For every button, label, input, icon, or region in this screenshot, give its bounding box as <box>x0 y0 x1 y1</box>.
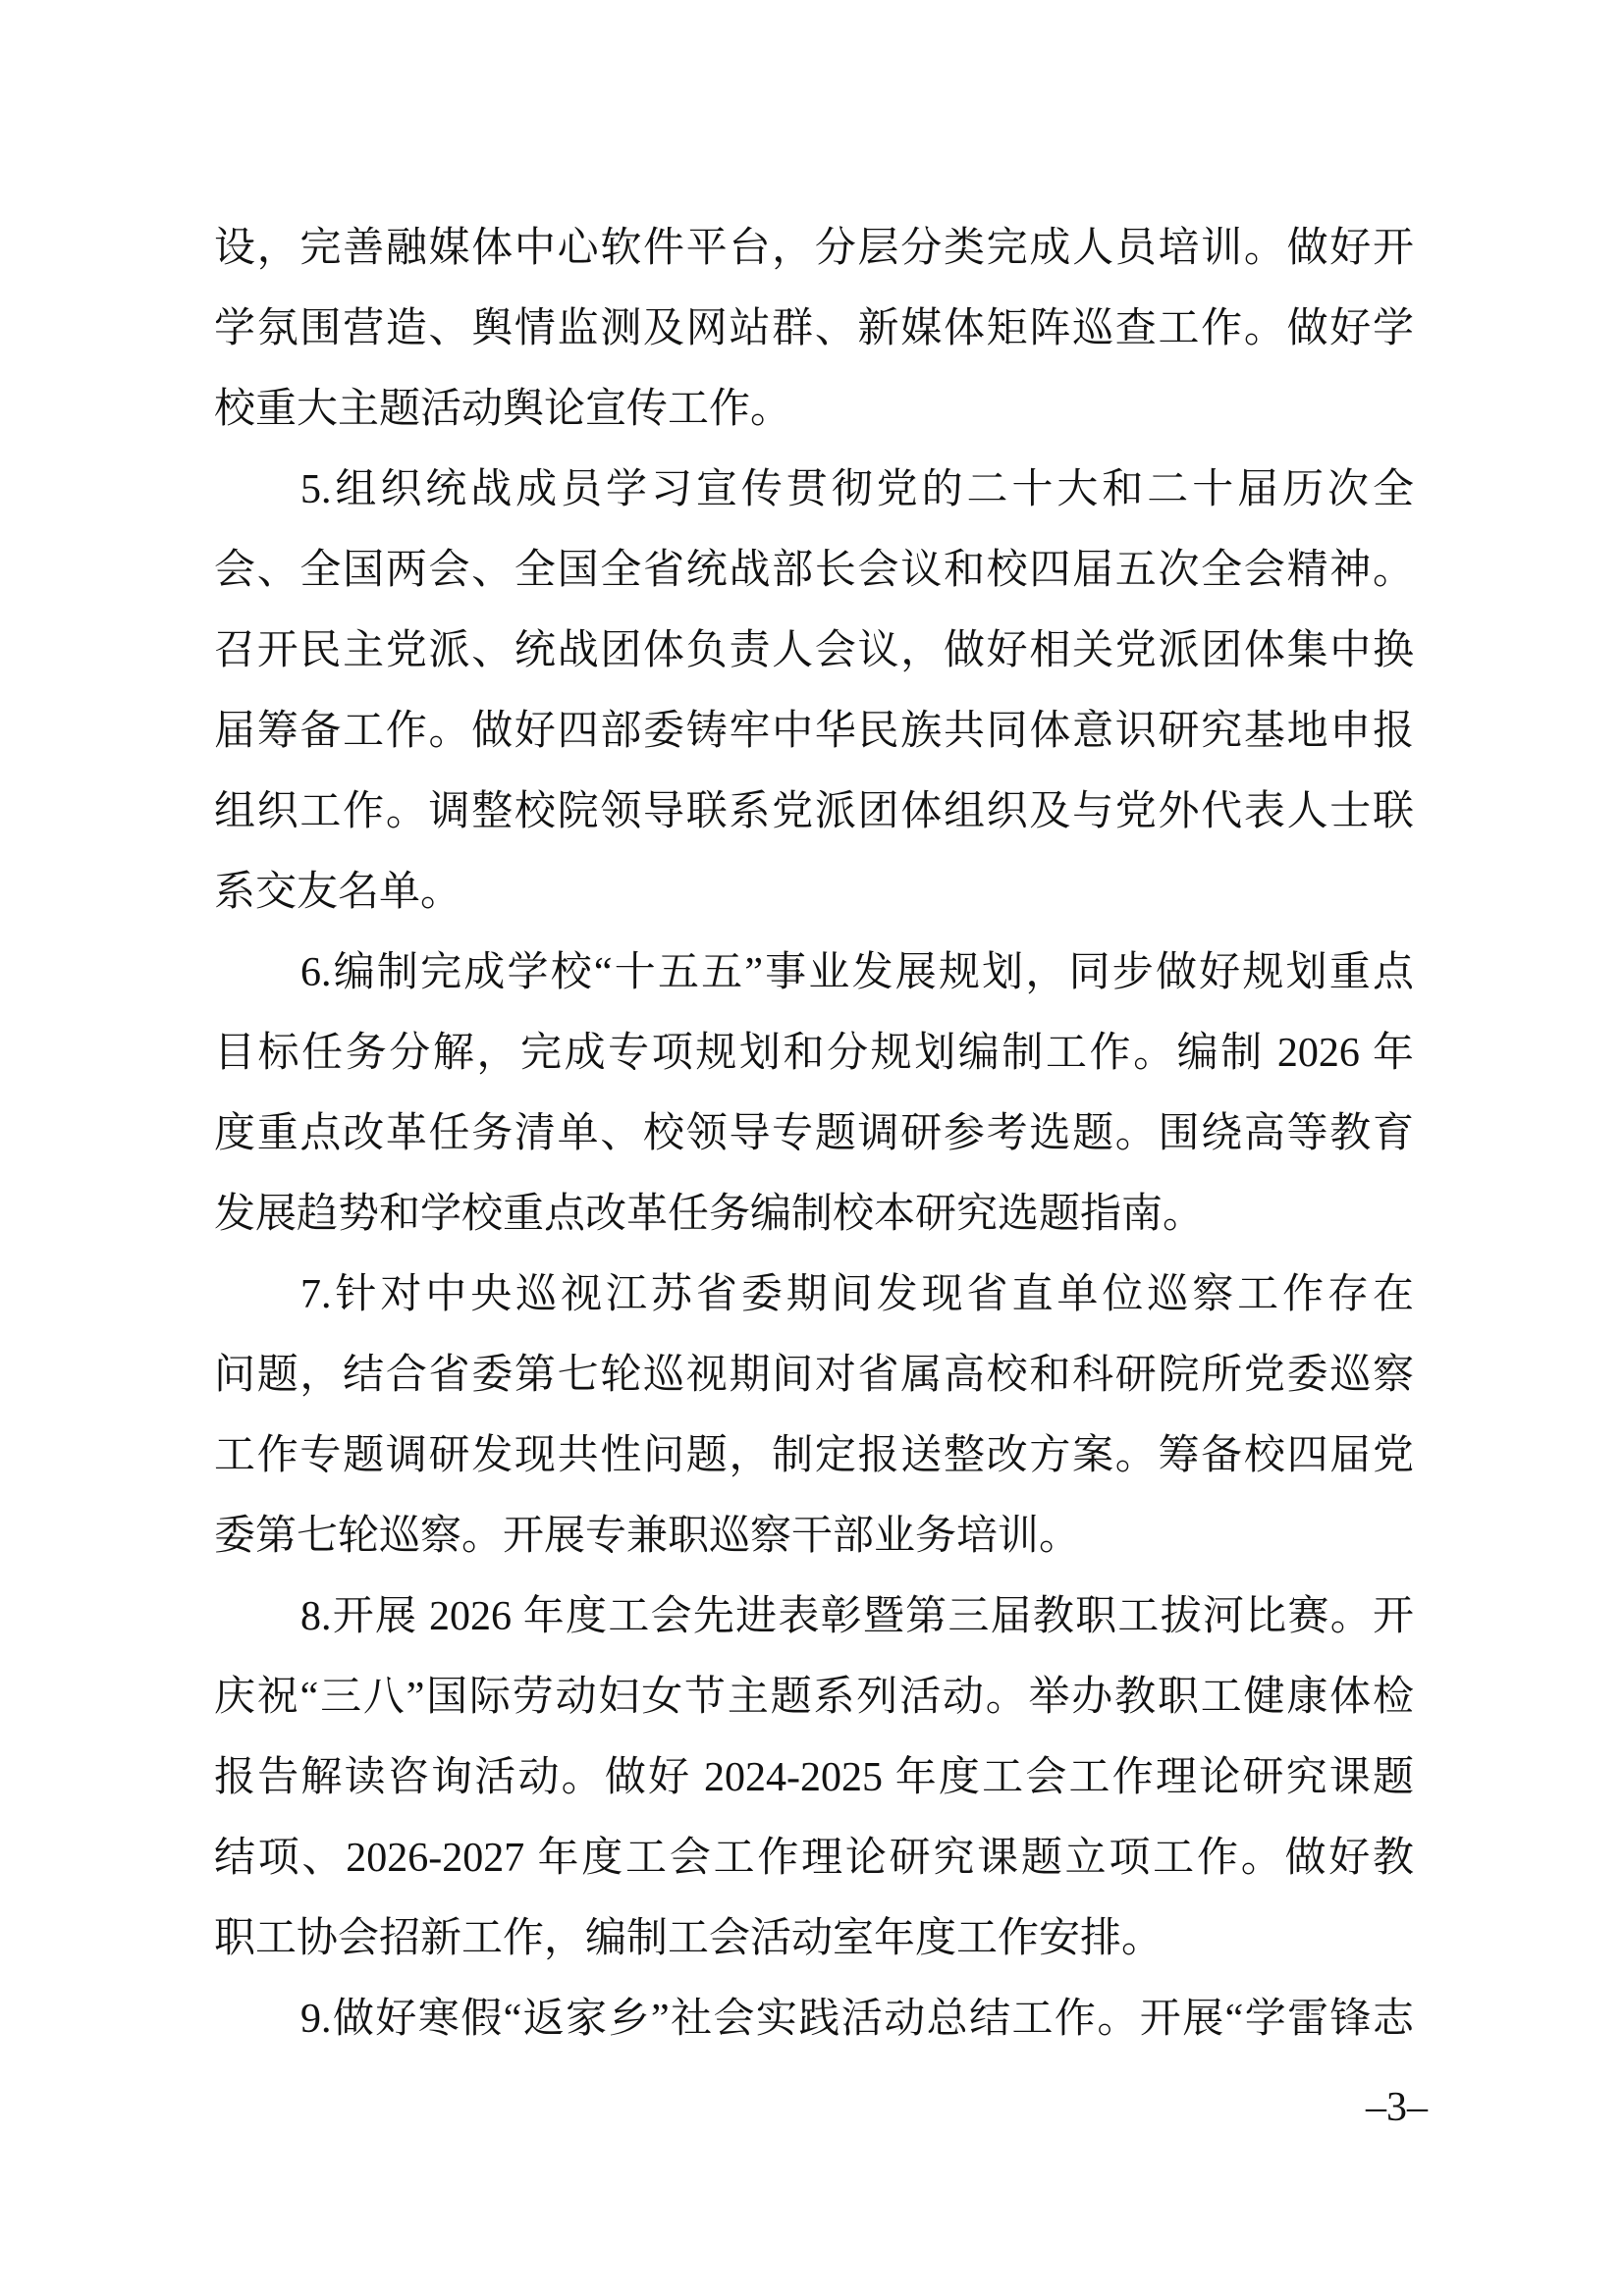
text-line: 6.编制完成学校“十五五”事业发展规划，同步做好规划重点 <box>214 933 1414 1013</box>
text-line: 召开民主党派、统战团体负责人会议，做好相关党派团体集中换 <box>214 611 1414 691</box>
text-line: 庆祝“三八”国际劳动妇女节主题系列活动。举办教职工健康体检 <box>214 1657 1414 1737</box>
text-line: 学氛围营造、舆情监测及网站群、新媒体矩阵巡查工作。做好学 <box>214 289 1414 369</box>
text-line: 工作专题调研发现共性问题，制定报送整改方案。筹备校四届党 <box>214 1415 1414 1496</box>
document-body: 设，完善融媒体中心软件平台，分层分类完成人员培训。做好开 学氛围营造、舆情监测及… <box>214 208 1414 2059</box>
text-line: 系交友名单。 <box>214 852 1414 933</box>
text-line: 委第七轮巡察。开展专兼职巡察干部业务培训。 <box>214 1496 1414 1576</box>
text-line: 9.做好寒假“返家乡”社会实践活动总结工作。开展“学雷锋志 <box>214 1979 1414 2059</box>
text-line: 职工协会招新工作，编制工会活动室年度工作安排。 <box>214 1898 1414 1979</box>
text-line: 问题，结合省委第七轮巡视期间对省属高校和科研院所党委巡察 <box>214 1335 1414 1415</box>
text-line: 校重大主题活动舆论宣传工作。 <box>214 369 1414 450</box>
text-line: 7.针对中央巡视江苏省委期间发现省直单位巡察工作存在 <box>214 1255 1414 1335</box>
text-line: 结项、2026-2027 年度工会工作理论研究课题立项工作。做好教 <box>214 1818 1414 1898</box>
text-line: 会、全国两会、全国全省统战部长会议和校四届五次全会精神。 <box>214 530 1414 611</box>
text-line: 报告解读咨询活动。做好 2024-2025 年度工会工作理论研究课题 <box>214 1737 1414 1818</box>
text-line: 设，完善融媒体中心软件平台，分层分类完成人员培训。做好开 <box>214 208 1414 289</box>
text-line: 5.组织统战成员学习宣传贯彻党的二十大和二十届历次全 <box>214 450 1414 530</box>
text-line: 届筹备工作。做好四部委铸牢中华民族共同体意识研究基地申报 <box>214 691 1414 772</box>
text-line: 8.开展 2026 年度工会先进表彰暨第三届教职工拔河比赛。开展 <box>214 1576 1414 1657</box>
text-line: 目标任务分解，完成专项规划和分规划编制工作。编制 2026 年 <box>214 1013 1414 1094</box>
text-line: 发展趋势和学校重点改革任务编制校本研究选题指南。 <box>214 1174 1414 1255</box>
document-page: 设，完善融媒体中心软件平台，分层分类完成人员培训。做好开 学氛围营造、舆情监测及… <box>0 0 1624 2296</box>
text-line: 组织工作。调整校院领导联系党派团体组织及与党外代表人士联 <box>214 772 1414 852</box>
text-line: 度重点改革任务清单、校领导专题调研参考选题。围绕高等教育 <box>214 1094 1414 1174</box>
page-number: –3– <box>1366 2083 1428 2132</box>
